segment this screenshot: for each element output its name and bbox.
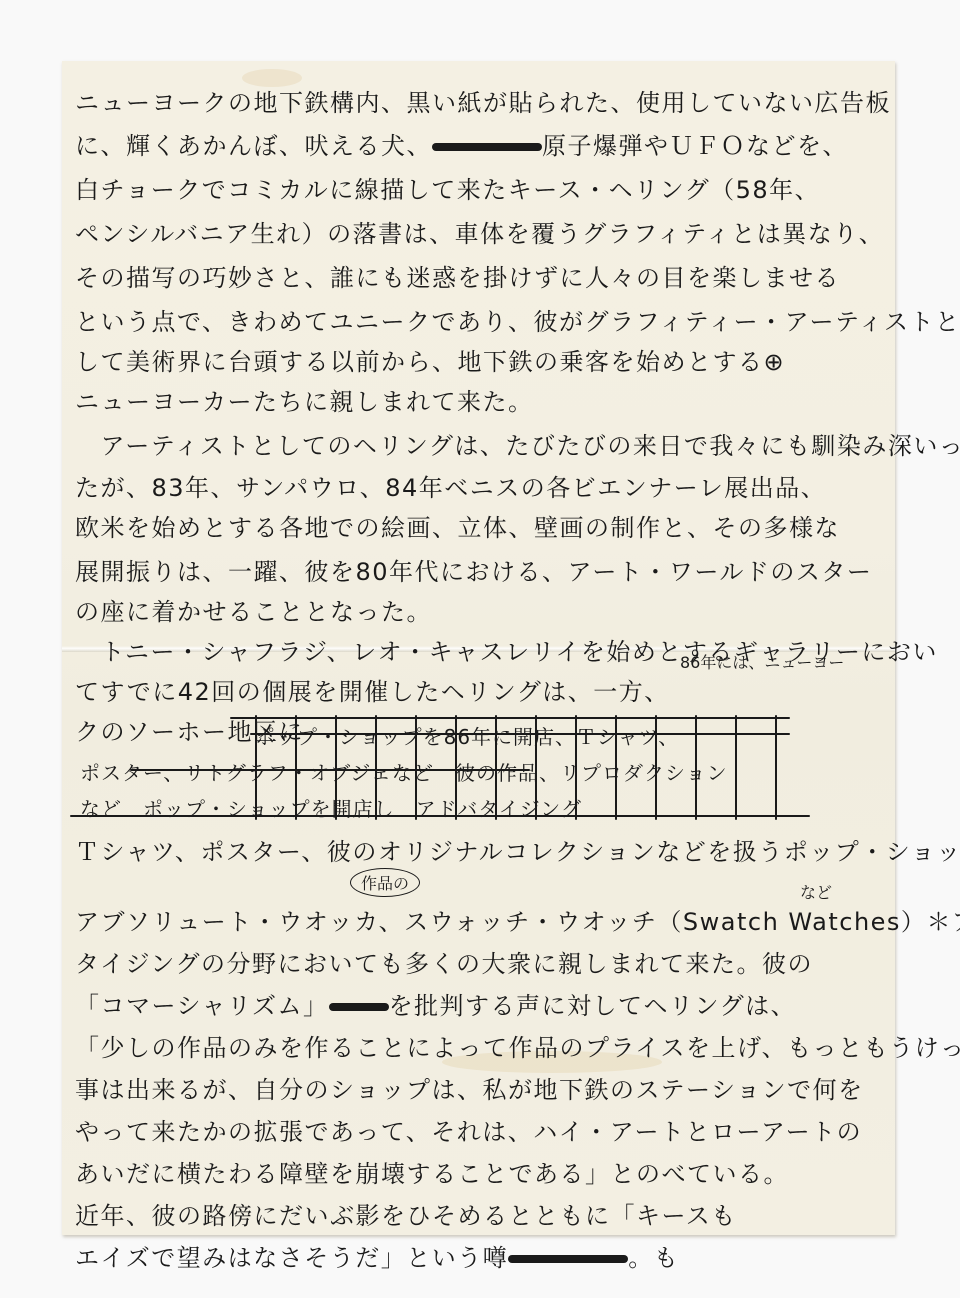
manuscript-line-16: クのソーホー地区に xyxy=(75,720,304,744)
manuscript-line-13: の座に着かせることとなった。 xyxy=(75,600,432,624)
manuscript-line-11: 欧米を始めとする各地での絵画、立体、壁画の制作と、その多様な xyxy=(75,516,840,540)
insertion-mark: ＊アドバ xyxy=(926,908,960,936)
manuscript-line-12: 展開振りは、一躍、彼を80年代における、アート・ワールドのスター xyxy=(75,560,872,584)
insertion-mark: ⊕ xyxy=(764,348,786,376)
manuscript-line-25: 近年、彼の路傍にだいぶ影をひそめるとともに「キースも xyxy=(75,1204,737,1228)
manuscript-line-2: に、輝くあかんぼ、吠える犬、原子爆弾やＵＦＯなどを、 xyxy=(75,134,848,158)
insertion-nado: など xyxy=(800,880,832,903)
paper-stain xyxy=(242,69,302,87)
manuscript-line-7: して美術界に台頭する以前から、地下鉄の乗客を始めとする⊕ xyxy=(75,350,785,374)
manuscript-line-23: やって来たかの拡張であって、それは、ハイ・アートとローアートの xyxy=(75,1120,862,1144)
manuscript-line-6: という点で、きわめてユニークであり、彼がグラフィティー・アーティストと xyxy=(75,310,960,334)
manuscript-line-21: 「少しの作品のみを作ることによって作品のプライスを上げ、もっともうけっ xyxy=(75,1036,960,1060)
manuscript-line-5: その描写の巧妙さと、誰にも迷惑を掛けずに人々の目を楽しませる xyxy=(75,266,840,290)
insertion-86-newyork: 86年には、ニューヨー xyxy=(680,650,844,673)
manuscript-line-4: ペンシルバニア生れ）の落書は、車体を覆うグラフィティとは異なり、 xyxy=(75,222,884,246)
manuscript-line-10: たが、83年、サンパウロ、84年ベニスの各ビエンナーレ展出品、 xyxy=(75,476,826,500)
manuscript-line-22: 事は出来るが、自分のショップは、私が地下鉄のステーションで何を xyxy=(75,1078,864,1102)
manuscript-line-8: ニューヨーカーたちに親しまれて来た。 xyxy=(75,390,534,414)
manuscript-line-18: アブソリュート・ウオッカ、スウォッチ・ウオッチ（Swatch Watches）＊… xyxy=(75,910,960,934)
scribbled-out-text xyxy=(329,1003,389,1011)
manuscript-line-26: エイズで望みはなさそうだ」という噂。も xyxy=(75,1246,679,1270)
scribbled-out-text xyxy=(432,143,542,151)
manuscript-line-3: 白チョークでコミカルに線描して来たキース・ヘリング（58年、 xyxy=(75,178,820,202)
manuscript-line-19: タイジングの分野においても多くの大衆に親しまれて来た。彼の xyxy=(75,952,813,976)
manuscript-line-15: てすでに42回の個展を開催したヘリングは、一方、 xyxy=(75,680,670,704)
scribbled-out-text xyxy=(508,1255,628,1263)
manuscript-line-17: Ｔシャツ、ポスター、彼のオリジナルコレクションなどを扱うポップ・ショップを開店、 xyxy=(75,840,960,864)
manuscript-line-24: あいだに横たわる障壁を崩壊することである」とのべている。 xyxy=(75,1162,789,1186)
manuscript-line-20: 「コマーシャリズム」を批判する声に対してヘリングは、 xyxy=(75,994,796,1018)
manuscript-line-9: アーティストとしてのヘリングは、たびたびの来日で我々にも馴染み深いっ xyxy=(75,434,960,458)
insertion-sakuhin-no: 作品の xyxy=(350,868,420,897)
manuscript-line-1: ニューヨークの地下鉄構内、黒い紙が貼られた、使用していない広告板 xyxy=(75,91,891,115)
